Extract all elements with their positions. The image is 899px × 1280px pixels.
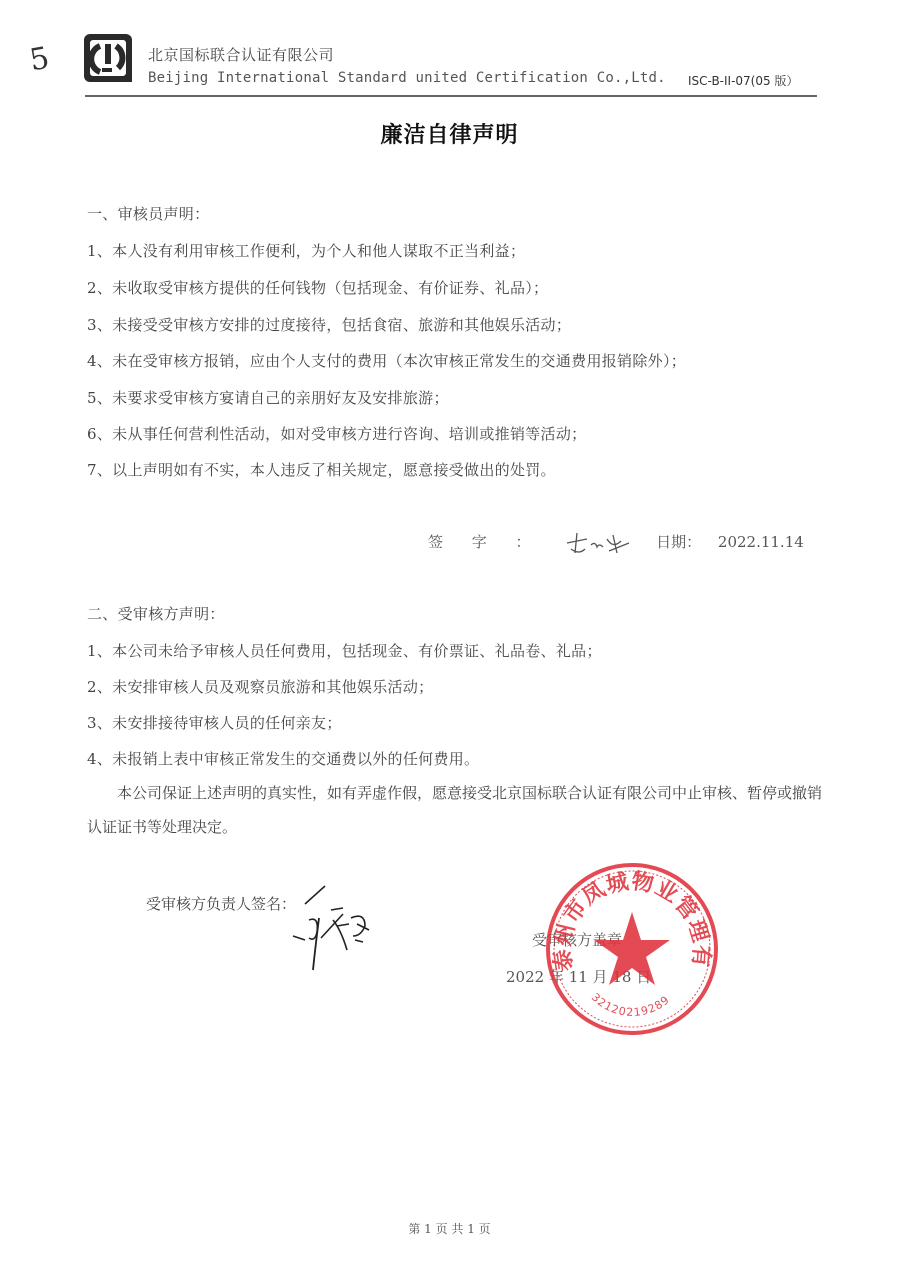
section1-heading: 一、审核员声明： [87, 203, 209, 224]
company-name-en: Beijing International Standard united Ce… [148, 70, 666, 86]
sign-label: 签 字 ： [428, 533, 543, 551]
guarantee-paragraph: 本公司保证上述声明的真实性，如有弄虚作假，愿意接受北京国标联合认证有限公司中止审… [87, 776, 827, 844]
auditor-statement-item: 2、未收取受审核方提供的任何钱物（包括现金、有价证券、礼品）； [87, 277, 548, 298]
auditor-statement-item: 6、未从事任何营利性活动，如对受审核方进行咨询、培训或推销等活动； [87, 423, 586, 444]
auditor-statement-item: 1、本人没有利用审核工作便利，为个人和他人谋取不正当利益； [87, 240, 525, 261]
auditor-statement-item: 4、未在受审核方报销，应由个人支付的费用（本次审核正常发生的交通费用报销除外）； [87, 350, 686, 371]
document-title: 廉洁自律声明 [0, 118, 899, 149]
date-label: 日期： [656, 533, 701, 551]
company-seal-stamp: 泰州市凤城物业管理有限公司 3212021928928 [543, 860, 721, 1038]
auditor-statement-item: 7、以上声明如有不实，本人违反了相关规定，愿意接受做出的处罚。 [87, 459, 556, 480]
auditee-statement-item: 1、本公司未给予审核人员任何费用，包括现金、有价票证、礼品卷、礼品； [87, 640, 602, 661]
responsible-sign-label: 受审核方负责人签名： [146, 893, 296, 914]
page-footer: 第 1 页 共 1 页 [0, 1220, 899, 1237]
auditor-signature [561, 529, 641, 557]
auditee-statement-item: 4、未报销上表中审核正常发生的交通费以外的任何费用。 [87, 748, 479, 769]
section2-heading: 二、受审核方声明： [87, 603, 225, 624]
isc-logo-icon [82, 32, 134, 84]
document-code: ISC-B-II-07(05 版） [688, 72, 798, 89]
auditee-statement-item: 2、未安排审核人员及观察员旅游和其他娱乐活动； [87, 676, 433, 697]
company-name-cn: 北京国标联合认证有限公司 [148, 44, 334, 65]
auditor-statement-item: 5、未要求受审核方宴请自己的亲朋好友及安排旅游； [87, 387, 449, 408]
auditor-sign-row: 签 字 ： 日期： 2022.11.14 [428, 529, 804, 557]
auditor-statement-item: 3、未接受受审核方安排的过度接待，包括食宿、旅游和其他娱乐活动； [87, 314, 571, 335]
auditor-sign-date: 2022.11.14 [718, 533, 804, 551]
handwritten-page-mark: 5 [27, 41, 52, 79]
auditee-statement-item: 3、未安排接待审核人员的任何亲友； [87, 712, 342, 733]
header-divider [85, 95, 817, 97]
responsible-signature [285, 880, 395, 990]
